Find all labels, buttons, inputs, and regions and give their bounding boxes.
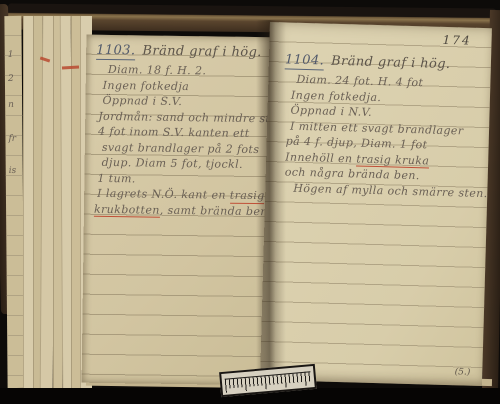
left-page: 1103.Bränd graf i hög. Diam. 18 f. H. 2.…	[82, 35, 279, 386]
right-page: 174 1104.Bränd graf i hög. Diam. 24 fot.…	[260, 22, 492, 386]
page-edge-fragment: 2	[8, 74, 14, 84]
right-page-text: 1104.Bränd graf i hög. Diam. 24 fot. H. …	[281, 52, 491, 201]
page-edge-fragment: fr	[8, 134, 16, 144]
page-edge-fragment: n	[8, 100, 14, 110]
page-edge-fragment: 1	[8, 50, 14, 60]
entry-number: 1104.	[285, 52, 325, 70]
gutter-shadow	[256, 20, 286, 384]
entry-title: Bränd graf i hög.	[142, 43, 262, 60]
page-number: 174	[442, 33, 471, 48]
red-underlined-word: krukbotten	[94, 202, 160, 217]
ruler-ticks	[225, 371, 312, 392]
entry-number: 1103.	[96, 43, 135, 61]
page-edge-stack: 1 2 n fr is	[6, 16, 88, 388]
entry-heading: 1104.Bränd graf i hög.	[285, 52, 492, 73]
entry-title: Bränd graf i hög.	[331, 54, 451, 72]
page-edge-strip: 1 2 n fr is	[4, 16, 24, 388]
page-edge-fragment: is	[9, 166, 17, 176]
corner-mark: (5.)	[455, 367, 471, 377]
notebook-photo: 1 2 n fr is 1103.Bränd graf i hög. Diam.…	[0, 0, 500, 404]
